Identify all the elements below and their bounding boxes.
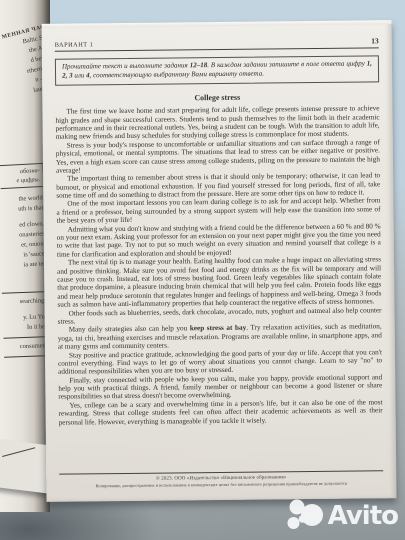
left-page-answer-line [2,291,44,293]
left-page-task-box: обозна- е цифры. [0,163,45,189]
paragraph-text: Finally, stay connected with people who … [58,373,382,401]
instruction-text: . В каждом задании запишите в поле ответ… [207,59,367,69]
instruction-task-range: 12–18 [190,61,208,69]
paragraph-text: The important thing to remember about st… [56,172,380,200]
book-page: ВАРИАНТ 1 13 Прочитайте текст и выполнит… [42,20,397,502]
left-page-fragments-low: searching y. Lu Yu In it he consumed [2,287,47,361]
paragraph-bold: keep stress at bay [190,324,246,333]
body-paragraph: The first time we leave home and start p… [55,104,379,141]
body-paragraph: Admitting what you don't know and studyi… [57,222,381,259]
body-paragraph: Yes, college can be a scary and overwhel… [58,398,382,427]
page-footer: © 2023. ООО «Издательство «Национальное … [59,466,383,488]
paragraph-text: One of the most important lessons you ca… [56,197,380,225]
paragraph-text: The next vital tip is to manage your hea… [57,256,381,309]
instruction-text: , соответствующую выбранному Вами вариан… [90,70,264,80]
avito-logo-icon [287,499,323,533]
left-page-fragment: uth is that [18,203,44,214]
left-page-answer-line [3,336,45,338]
instruction-text: Прочитайте текст и выполните задания [62,61,190,70]
article-title: College stress [55,92,379,104]
left-page-fragment: consumed [4,341,46,352]
instruction-text: или [73,71,87,79]
paragraph-text: Stress is your body's response to uncomf… [56,138,380,175]
body-paragraph: The important thing to remember about st… [56,172,380,201]
left-page-fragment: In it he [3,322,45,333]
paragraph-text: Stay positive and practice gratitude, ac… [58,348,382,376]
page-number: 13 [371,36,379,45]
avito-watermark: Avito [287,499,398,533]
body-paragraph: The next vital tip is to manage your hea… [57,256,382,310]
variant-label: ВАРИАНТ 1 [55,41,94,48]
instruction-box: Прочитайте текст и выполните задания 12–… [55,55,379,86]
body-paragraph: Many daily strategies also can help you … [58,323,382,352]
left-page-answer-line [4,355,46,357]
body-paragraph: Stress is your body's response to uncomf… [56,138,380,175]
paragraph-text: Admitting what you don't know and studyi… [57,222,381,259]
left-page-fragment: е цифры. [3,175,40,186]
article-body: The first time we leave home and start p… [55,104,382,426]
paragraph-text: Yes, college can be a scary and overwhel… [59,398,383,426]
page-curl [0,439,53,494]
body-paragraph: One of the most important lessons you ca… [56,197,380,226]
body-paragraph: Finally, stay connected with people who … [58,373,382,402]
page-curl-line [2,447,35,457]
avito-label: Avito [328,503,398,529]
paragraph-text: The first time we leave home and start p… [55,104,379,141]
body-paragraph: Stay positive and practice gratitude, ac… [58,348,382,377]
photo-scene: МЕННАЯ ЧАС Baltic Se the Arc d being rth… [0,0,405,540]
left-page-fragment: searching [2,296,44,307]
